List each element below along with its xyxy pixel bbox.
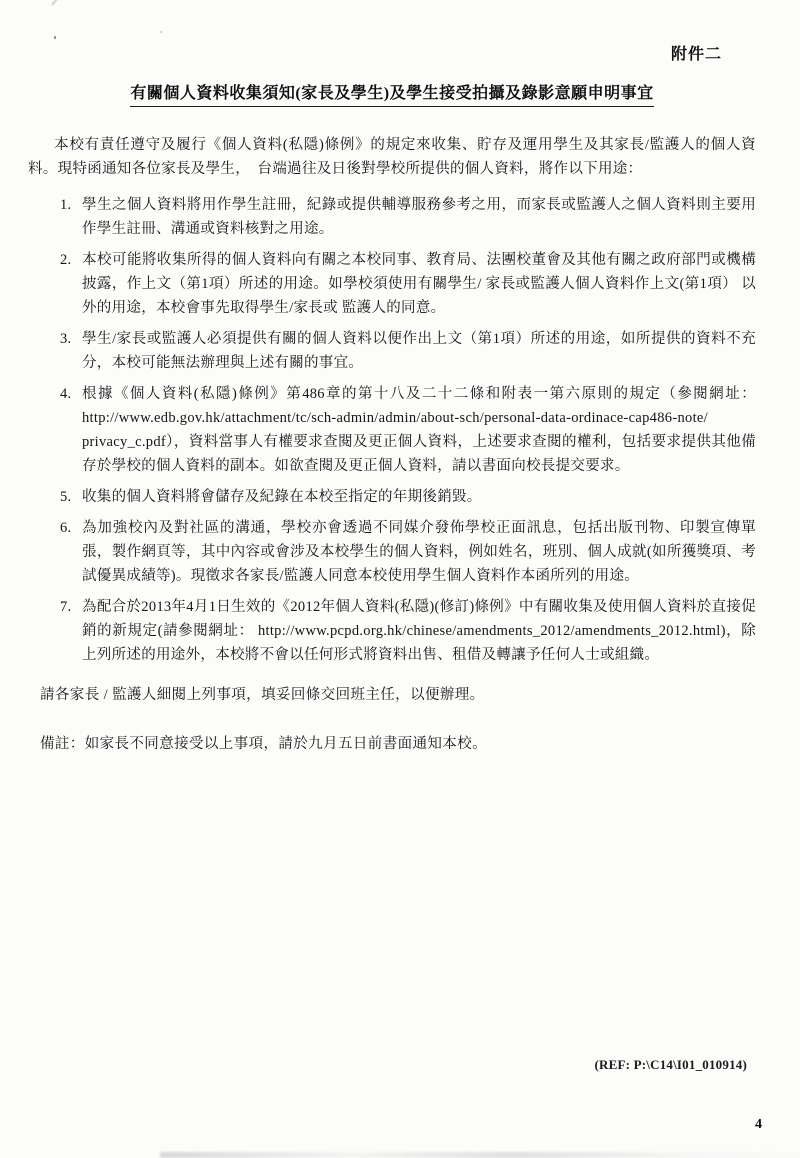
scanned-notice-page: 附件二 有關個人資料收集須知(家長及學生)及學生接受拍攝及錄影意願申明事宜 本校… xyxy=(0,0,800,1158)
page-number: 4 xyxy=(755,1117,762,1133)
item-text: 為配合於2013年4月1日生效的《2012年個人資料(私隱)(修訂)條例》中有關… xyxy=(82,595,756,667)
item-number: 6. xyxy=(60,516,82,588)
list-item: 6. 為加強校內及對社區的溝通，學校亦會透過不同媒介發佈學校正面訊息，包括出版刊… xyxy=(60,516,756,588)
item-number: 3. xyxy=(60,327,82,375)
list-item: 5. 收集的個人資料將會儲存及紀錄在本校至指定的年期後銷毀。 xyxy=(60,485,756,509)
item-text: 本校可能將收集所得的個人資料向有關之本校同事、教育局、法團校董會及其他有關之政府… xyxy=(82,248,756,320)
item-number: 2. xyxy=(60,248,82,320)
remark-note: 備註：如家長不同意接受以上事項，請於九月五日前書面通知本校。 xyxy=(40,732,756,756)
document-title: 有關個人資料收集須知(家長及學生)及學生接受拍攝及錄影意願申明事宜 xyxy=(130,84,653,107)
item-number: 5. xyxy=(60,485,82,509)
closing-instruction: 請各家長 / 監護人細閱上列事項，填妥回條交回班主任，以便辦理。 xyxy=(40,683,756,707)
item-text: 為加強校內及對社區的溝通，學校亦會透過不同媒介發佈學校正面訊息，包括出版刊物、印… xyxy=(82,516,756,588)
item-number: 1. xyxy=(60,193,82,241)
item-text: 收集的個人資料將會儲存及紀錄在本校至指定的年期後銷毀。 xyxy=(82,485,756,509)
item-text: 根據《個人資料(私隱)條例》第486章的第十八及二十二條和附表一第六原則的規定（… xyxy=(82,382,756,478)
notice-items-list: 1. 學生之個人資料將用作學生註冊，紀錄或提供輔導服務參考之用，而家長或監護人之… xyxy=(60,193,756,667)
item-text: 學生之個人資料將用作學生註冊，紀錄或提供輔導服務參考之用，而家長或監護人之個人資… xyxy=(82,193,756,241)
item-number: 7. xyxy=(60,595,82,667)
list-item: 1. 學生之個人資料將用作學生註冊，紀錄或提供輔導服務參考之用，而家長或監護人之… xyxy=(60,193,756,241)
title-row: 有關個人資料收集須知(家長及學生)及學生接受拍攝及錄影意願申明事宜 xyxy=(28,0,756,107)
reference-code: (REF: P:\C14\I01_010914) xyxy=(595,1057,747,1073)
list-item: 2. 本校可能將收集所得的個人資料向有關之本校同事、教育局、法團校董會及其他有關… xyxy=(60,248,756,320)
item-number: 4. xyxy=(60,382,82,478)
item-text: 學生/家長或監護人必須提供有關的個人資料以便作出上文（第1項）所述的用途，如所提… xyxy=(82,327,756,375)
list-item: 7. 為配合於2013年4月1日生效的《2012年個人資料(私隱)(修訂)條例》… xyxy=(60,595,756,667)
document-content: 有關個人資料收集須知(家長及學生)及學生接受拍攝及錄影意願申明事宜 本校有責任遵… xyxy=(0,0,800,756)
list-item: 4. 根據《個人資料(私隱)條例》第486章的第十八及二十二條和附表一第六原則的… xyxy=(60,382,756,478)
scan-artifact-bottom-smudge xyxy=(160,1152,800,1158)
intro-paragraph: 本校有責任遵守及履行《個人資料(私隱)條例》的規定來收集、貯存及運用學生及其家長… xyxy=(28,133,756,181)
list-item: 3. 學生/家長或監護人必須提供有關的個人資料以便作出上文（第1項）所述的用途，… xyxy=(60,327,756,375)
